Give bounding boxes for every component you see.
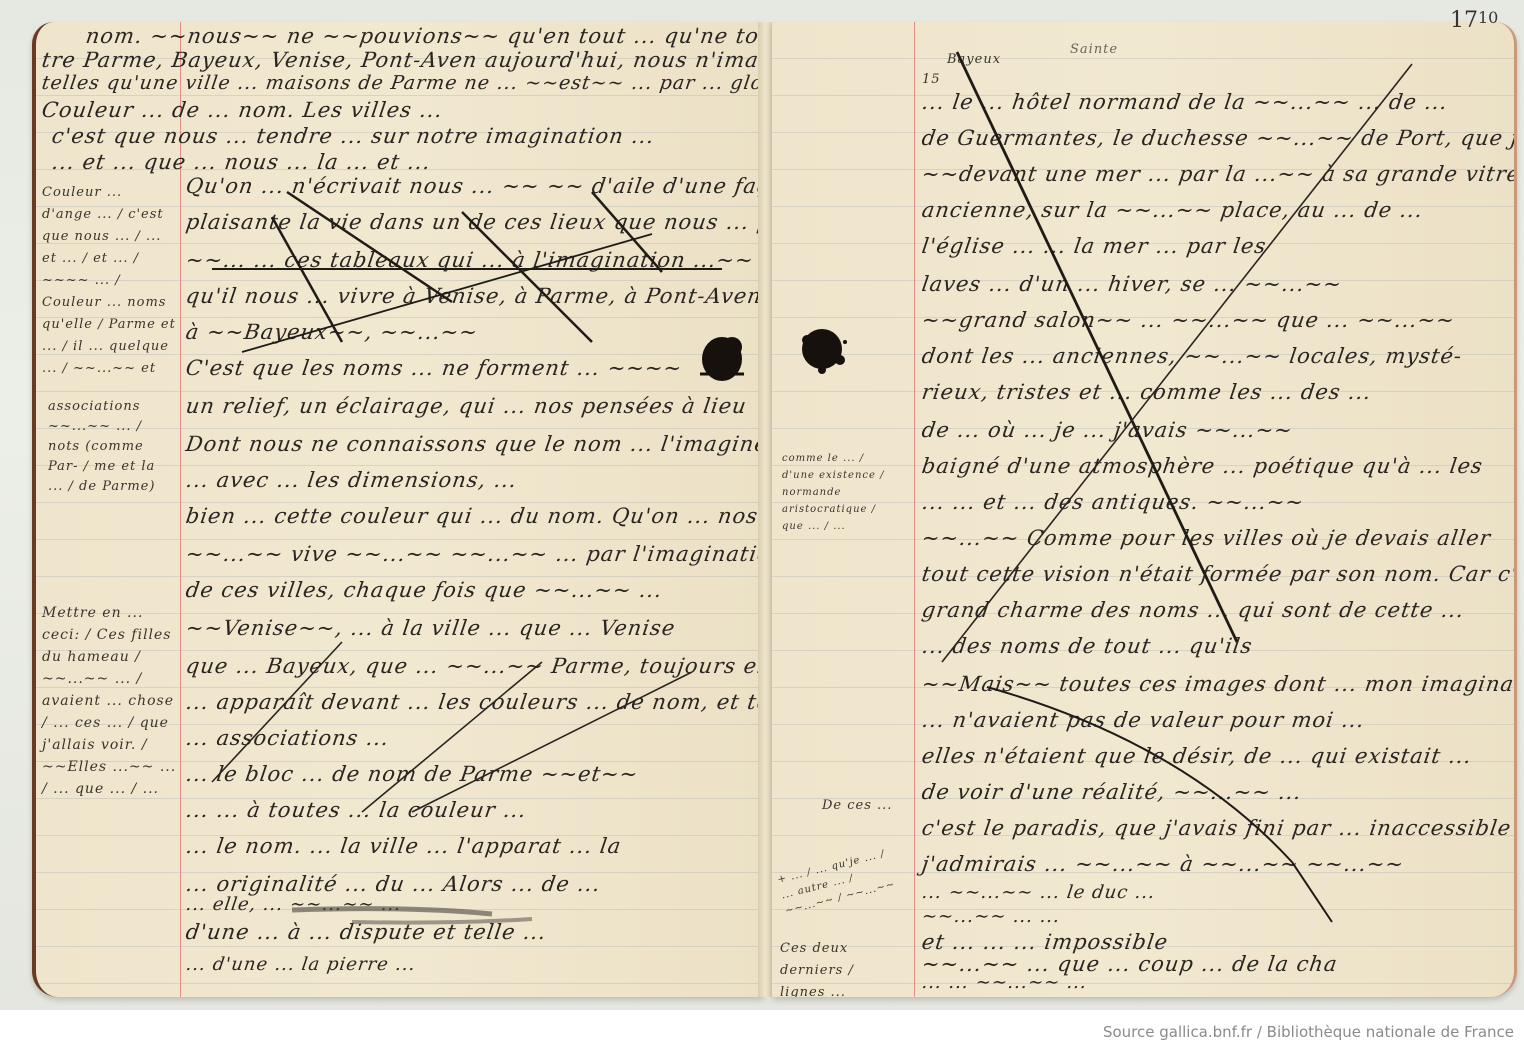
left-page: nom. ~~nous~~ ne ~~pouvions~~ qu'en tout… — [32, 22, 764, 997]
handwritten-line: Qu'on ... n'écrivait nous ... ~~ ~~ d'ai… — [184, 174, 764, 198]
handwritten-line: que ... Bayeux, que ... ~~...~~ Parme, t… — [184, 654, 764, 678]
handwritten-line: ... ... à toutes ... la couleur ... — [184, 798, 528, 822]
handwritten-line: et ... ... ... impossible — [920, 930, 1170, 954]
handwritten-line: à ~~Bayeux~~, ~~...~~ — [184, 320, 479, 344]
handwritten-line: ... d'une ... la pierre ... — [185, 954, 418, 975]
handwritten-line: ... le bloc ... de nom de Parme ~~et~~ — [184, 762, 640, 786]
handwritten-line: c'est que nous ... tendre ... sur notre … — [50, 124, 656, 148]
handwritten-line: d'une ... à ... dispute et telle ... — [184, 920, 548, 944]
handwritten-line: ~~Mais~~ toutes ces images dont ... mon … — [920, 672, 1517, 696]
handwritten-line: ... ... et ... des antiques. ~~...~~ — [920, 490, 1305, 514]
handwritten-line: ~~...~~ ... ... — [921, 906, 1062, 927]
handwritten-line: de Guermantes, le duchesse ~~...~~ de Po… — [920, 126, 1517, 150]
handwritten-line: ~~Venise~~, ... à la ville ... que ... V… — [184, 616, 677, 640]
handwritten-line: ... ... ~~...~~ ... — [921, 972, 1089, 993]
handwritten-line: elles n'étaient que le désir, de ... qui… — [920, 744, 1473, 768]
handwritten-line: dont les ... anciennes, ~~...~~ locales,… — [920, 344, 1463, 368]
handwritten-line: baigné d'une atmosphère ... poétique qu'… — [920, 454, 1484, 478]
handwritten-line: c'est le paradis, que j'avais fini par .… — [920, 816, 1513, 840]
handwritten-line: ... et ... que ... nous ... la ... et ..… — [50, 150, 432, 174]
handwritten-line: nom. ~~nous~~ ne ~~pouvions~~ qu'en tout… — [84, 24, 764, 48]
right-page: 15 Bayeux Sainte ... le ... hôtel norman… — [772, 22, 1517, 997]
handwritten-line: tre Parme, Bayeux, Venise, Pont-Aven auj… — [40, 48, 764, 72]
page-number: 1710 — [1450, 8, 1498, 33]
handwritten-line: ~~devant une mer ... par la ...~~ à sa g… — [920, 162, 1517, 186]
handwritten-line: ... ~~...~~ ... le duc ... — [921, 882, 1157, 903]
handwritten-line: ~~... ... ces tableaux qui ... à l'imagi… — [184, 248, 755, 272]
handwritten-line: un relief, un éclairage, qui ... nos pen… — [184, 394, 748, 418]
handwritten-line: ~~grand salon~~ ... ~~...~~ que ... ~~..… — [920, 308, 1456, 332]
handwritten-line: bien ... cette couleur qui ... du nom. Q… — [184, 504, 759, 528]
margin-note: De ces ... — [822, 798, 892, 813]
handwritten-line: ... n'avaient pas de valeur pour moi ... — [920, 708, 1366, 732]
handwritten-line: ... elle, ... ~~...~~ ... — [185, 894, 403, 915]
handwritten-line: ancienne, sur la ~~...~~ place, au ... d… — [920, 198, 1424, 222]
handwritten-line: Dont nous ne connaissons que le nom ... … — [184, 432, 764, 456]
page-number-primary: 17 — [1450, 8, 1478, 33]
handwritten-line: ... associations ... — [184, 726, 391, 750]
margin-note: Couleur ... d'ange ... / c'est que nous … — [42, 182, 177, 380]
handwritten-line: ... des noms de tout ... qu'ils — [920, 634, 1254, 658]
margin-rule — [914, 22, 915, 997]
handwritten-line: telles qu'une ville ... maisons de Parme… — [40, 72, 764, 94]
handwritten-line: qu'il nous ... vivre à Venise, à Parme, … — [184, 284, 764, 308]
header-note: 15 — [922, 72, 941, 87]
handwritten-line: rieux, tristes et ... comme les ... des … — [920, 380, 1373, 404]
handwritten-line: plaisante la vie dans un de ces lieux qu… — [184, 210, 764, 234]
handwritten-line: l'église ... ... la mer ... par les — [920, 234, 1268, 258]
handwritten-line: Couleur ... de ... nom. Les villes ... — [40, 98, 444, 122]
handwritten-line: ... apparaît devant ... les couleurs ...… — [184, 690, 764, 714]
handwritten-line: de ... où ... je ... j'avais ~~...~~ — [920, 418, 1294, 442]
handwritten-line: ... le ... hôtel normand de la ~~...~~ .… — [920, 90, 1449, 114]
handwritten-line: laves ... d'un ... hiver, se ... ~~...~~ — [920, 272, 1343, 296]
handwritten-line: tout cette vision n'était formée par son… — [920, 562, 1517, 586]
handwritten-line: de ces villes, chaque fois que ~~...~~ .… — [184, 578, 664, 602]
handwritten-line: C'est que les noms ... ne forment ... ~~… — [184, 356, 684, 380]
handwritten-line: ... avec ... les dimensions, ... — [184, 468, 518, 492]
margin-note: Mettre en ... ceci: / Ces filles du hame… — [42, 602, 180, 800]
margin-note: Ces deux derniers / lignes ... — [780, 938, 900, 997]
handwritten-line: grand charme des noms ... qui sont de ce… — [920, 598, 1466, 622]
margin-note: comme le ... / d'une existence / normand… — [782, 450, 900, 535]
handwritten-line: ... le nom. ... la ville ... l'apparat .… — [184, 834, 623, 858]
handwritten-line: de voir d'une réalité, ~~...~~ ... — [920, 780, 1303, 804]
source-credit: Source gallica.bnf.fr / Bibliothèque nat… — [1103, 1023, 1514, 1041]
handwritten-line: ~~...~~ Comme pour les villes où je deva… — [920, 526, 1492, 550]
handwritten-line: ~~...~~ vive ~~...~~ ~~...~~ ... par l'i… — [184, 542, 764, 566]
handwritten-line: ... originalité ... du ... Alors ... de … — [184, 872, 602, 896]
margin-note: associations ~~...~~ ... / nots (comme P… — [48, 397, 168, 497]
header-note: Sainte — [1070, 42, 1118, 57]
margin-note: + ... / ... qu'je ... / ... autre ... / … — [776, 844, 904, 920]
notebook-spread: nom. ~~nous~~ ne ~~pouvions~~ qu'en tout… — [32, 22, 1514, 997]
page-number-overwritten: 10 — [1478, 8, 1498, 27]
header-note: Bayeux — [947, 52, 1001, 67]
handwritten-line: j'admirais ... ~~...~~ à ~~...~~ ~~...~~ — [920, 852, 1405, 876]
